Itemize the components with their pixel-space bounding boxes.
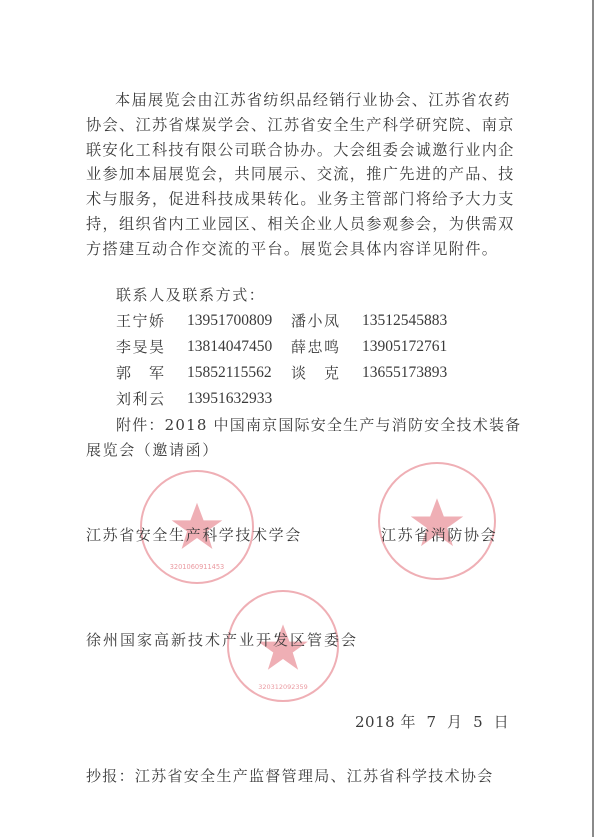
body-paragraph: 本届展览会由江苏省纺织品经销行业协会、江苏省农药 协会、江苏省煤炭学会、江苏省安… <box>86 88 500 262</box>
svg-text:3201060911453: 3201060911453 <box>170 563 225 571</box>
svg-text:320312092359: 320312092359 <box>258 683 307 691</box>
contact-phone: 13951700809 <box>187 309 272 333</box>
seal-star-icon <box>380 464 494 578</box>
contact-phone: 13814047450 <box>187 335 272 359</box>
contact-phone: 13951632933 <box>187 387 272 411</box>
paragraph-line: 术与服务，促进科技成果转化。业务主管部门将给予大力支 <box>86 187 500 212</box>
paragraph-line: 方搭建互动合作交流的平台。展览会具体内容详见附件。 <box>86 237 500 262</box>
document-page: 本届展览会由江苏省纺织品经销行业协会、江苏省农药 协会、江苏省煤炭学会、江苏省安… <box>0 0 595 837</box>
paragraph-line: 联安化工科技有限公司联合协办。大会组委会诚邀行业内企 <box>86 138 500 163</box>
contact-name: 郭 军 <box>116 361 166 385</box>
contact-name: 潘小凤 <box>291 309 341 333</box>
contacts-heading: 联系人及联系方式： <box>116 284 265 305</box>
paragraph-line: 持，组织省内工业园区、相关企业人员参观参会，为供需双 <box>86 212 500 237</box>
signatory-name: 江苏省消防协会 <box>381 524 497 545</box>
paragraph-line: 本届展览会由江苏省纺织品经销行业协会、江苏省农药 <box>86 88 500 113</box>
contact-phone: 13512545883 <box>362 309 447 333</box>
paragraph-line: 业参加本届展览会，共同展示、交流，推广先进的产品、技 <box>86 162 500 187</box>
contact-phone: 13905172761 <box>362 335 447 359</box>
cc-line: 抄报：江苏省安全生产监督管理局、江苏省科学技术协会 <box>86 765 494 786</box>
signatory-name: 徐州国家高新技术产业开发区管委会 <box>86 629 358 650</box>
contact-phone: 13655173893 <box>362 361 447 385</box>
paragraph-line: 协会、江苏省煤炭学会、江苏省安全生产科学研究院、南京 <box>86 113 500 138</box>
contact-name: 薛忠鸣 <box>291 335 341 359</box>
contact-name: 李旻昊 <box>116 335 166 359</box>
contact-name: 刘利云 <box>116 387 166 411</box>
attachment-line: 附件：2018 中国南京国际安全生产与消防安全技术装备 <box>116 414 521 435</box>
official-seal-stamp <box>378 462 496 580</box>
contact-name: 谈 克 <box>291 361 341 385</box>
contact-name: 王宁娇 <box>116 309 166 333</box>
contact-phone: 15852115562 <box>187 361 272 385</box>
attachment-line: 展览会（邀请函） <box>86 439 219 460</box>
document-date: 2018 年 7 月 5 日 <box>355 711 509 732</box>
signatory-name: 江苏省安全生产科学技术学会 <box>86 524 302 545</box>
